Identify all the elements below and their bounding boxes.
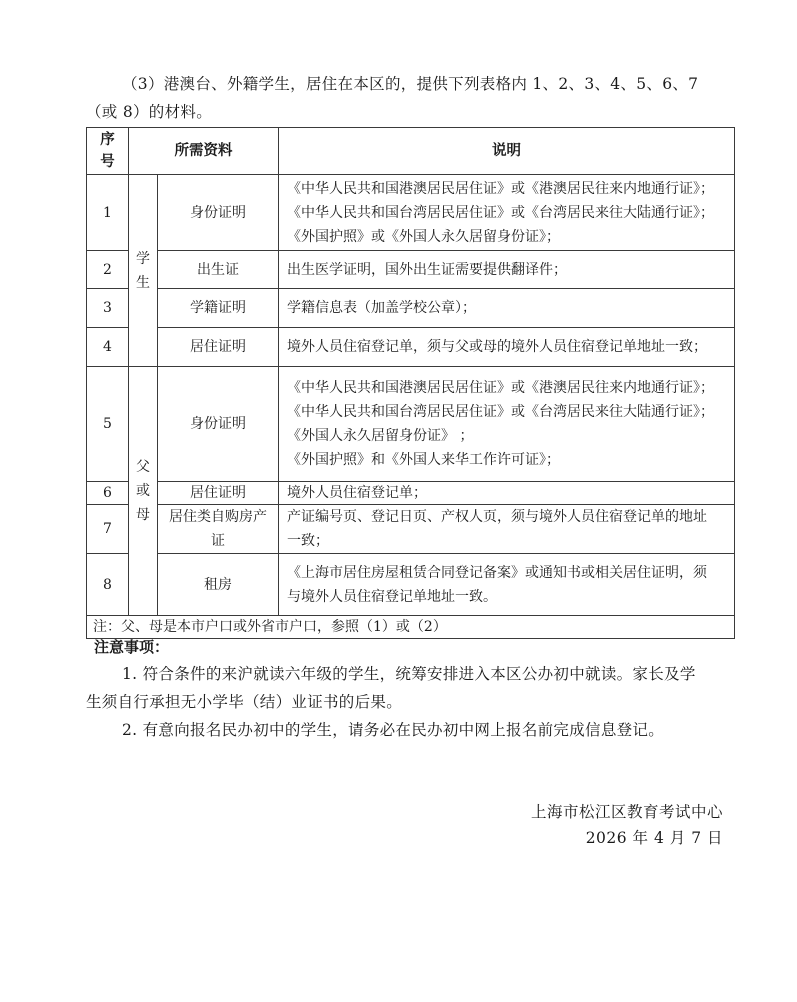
notice-item-1-line-2: 生须自行承担无小学毕（结）业证书的后果。 <box>86 688 736 716</box>
table-row: 1 学 生 身份证明 《中华人民共和国港澳居民居住证》或《港澳居民往来内地通行证… <box>87 175 735 251</box>
signature-org: 上海市松江区教育考试中心 <box>531 800 723 822</box>
table-row: 3 学籍证明 学籍信息表（加盖学校公章）； <box>87 289 735 328</box>
row-num: 5 <box>87 367 129 482</box>
row-item: 租房 <box>158 554 279 616</box>
row-item: 身份证明 <box>158 175 279 251</box>
row-item: 出生证 <box>158 251 279 289</box>
signature-date: 2026 年 4 月 7 日 <box>586 826 723 848</box>
row-num: 7 <box>87 505 129 554</box>
table-row: 7 居住类自购房产 证 产证编号页、登记日页、产权人页，须与境外人员住宿登记单的… <box>87 505 735 554</box>
row-item: 学籍证明 <box>158 289 279 328</box>
intro-paragraph: （3）港澳台、外籍学生，居住在本区的，提供下列表格内 1、2、3、4、5、6、7… <box>86 70 736 126</box>
intro-line-1: （3）港澳台、外籍学生，居住在本区的，提供下列表格内 1、2、3、4、5、6、7 <box>86 70 736 98</box>
table-header-row: 序 号 所需资料 说明 <box>87 128 735 175</box>
row-description: 《中华人民共和国港澳居民居住证》或《港澳居民往来内地通行证》； 《中华人民共和国… <box>279 175 735 251</box>
row-num: 8 <box>87 554 129 616</box>
row-description: 产证编号页、登记日页、产权人页，须与境外人员住宿登记单的地址 一致； <box>279 505 735 554</box>
row-description: 《中华人民共和国港澳居民居住证》或《港澳居民往来内地通行证》； 《中华人民共和国… <box>279 367 735 482</box>
row-item: 居住类自购房产 证 <box>158 505 279 554</box>
row-item: 居住证明 <box>158 328 279 367</box>
notices-title: 注意事项： <box>94 636 169 657</box>
group-student: 学 生 <box>129 175 158 367</box>
row-item: 身份证明 <box>158 367 279 482</box>
row-num: 4 <box>87 328 129 367</box>
table-row: 8 租房 《上海市居住房屋租赁合同登记备案》或通知书或相关居住证明，须 与境外人… <box>87 554 735 616</box>
notices-list: 1. 符合条件的来沪就读六年级的学生，统筹安排进入本区公办初中就读。家长及学 生… <box>86 660 736 744</box>
row-num: 1 <box>87 175 129 251</box>
table-note: 注：父、母是本市户口或外省市户口，参照（1）或（2） <box>87 616 735 639</box>
table-row: 6 居住证明 境外人员住宿登记单； <box>87 482 735 505</box>
requirements-table: 序 号 所需资料 说明 1 学 生 身份证明 《中华人民共和国港澳居民居住证》或… <box>86 127 735 639</box>
table-row: 2 出生证 出生医学证明，国外出生证需要提供翻译件； <box>87 251 735 289</box>
table-row: 5 父 或 母 身份证明 《中华人民共和国港澳居民居住证》或《港澳居民往来内地通… <box>87 367 735 482</box>
notice-item-1-line-1: 1. 符合条件的来沪就读六年级的学生，统筹安排进入本区公办初中就读。家长及学 <box>86 660 736 688</box>
header-description: 说明 <box>279 128 735 175</box>
header-num: 序 号 <box>87 128 129 175</box>
row-num: 3 <box>87 289 129 328</box>
row-num: 6 <box>87 482 129 505</box>
group-parent: 父 或 母 <box>129 367 158 616</box>
row-description: 学籍信息表（加盖学校公章）； <box>279 289 735 328</box>
table-note-row: 注：父、母是本市户口或外省市户口，参照（1）或（2） <box>87 616 735 639</box>
row-item: 居住证明 <box>158 482 279 505</box>
row-description: 出生医学证明，国外出生证需要提供翻译件； <box>279 251 735 289</box>
row-description: 境外人员住宿登记单，须与父或母的境外人员住宿登记单地址一致； <box>279 328 735 367</box>
header-materials: 所需资料 <box>129 128 279 175</box>
table-row: 4 居住证明 境外人员住宿登记单，须与父或母的境外人员住宿登记单地址一致； <box>87 328 735 367</box>
row-description: 境外人员住宿登记单； <box>279 482 735 505</box>
notice-item-2: 2. 有意向报名民办初中的学生，请务必在民办初中网上报名前完成信息登记。 <box>86 716 736 744</box>
row-num: 2 <box>87 251 129 289</box>
row-description: 《上海市居住房屋租赁合同登记备案》或通知书或相关居住证明，须 与境外人员住宿登记… <box>279 554 735 616</box>
intro-line-2: （或 8）的材料。 <box>86 98 736 126</box>
